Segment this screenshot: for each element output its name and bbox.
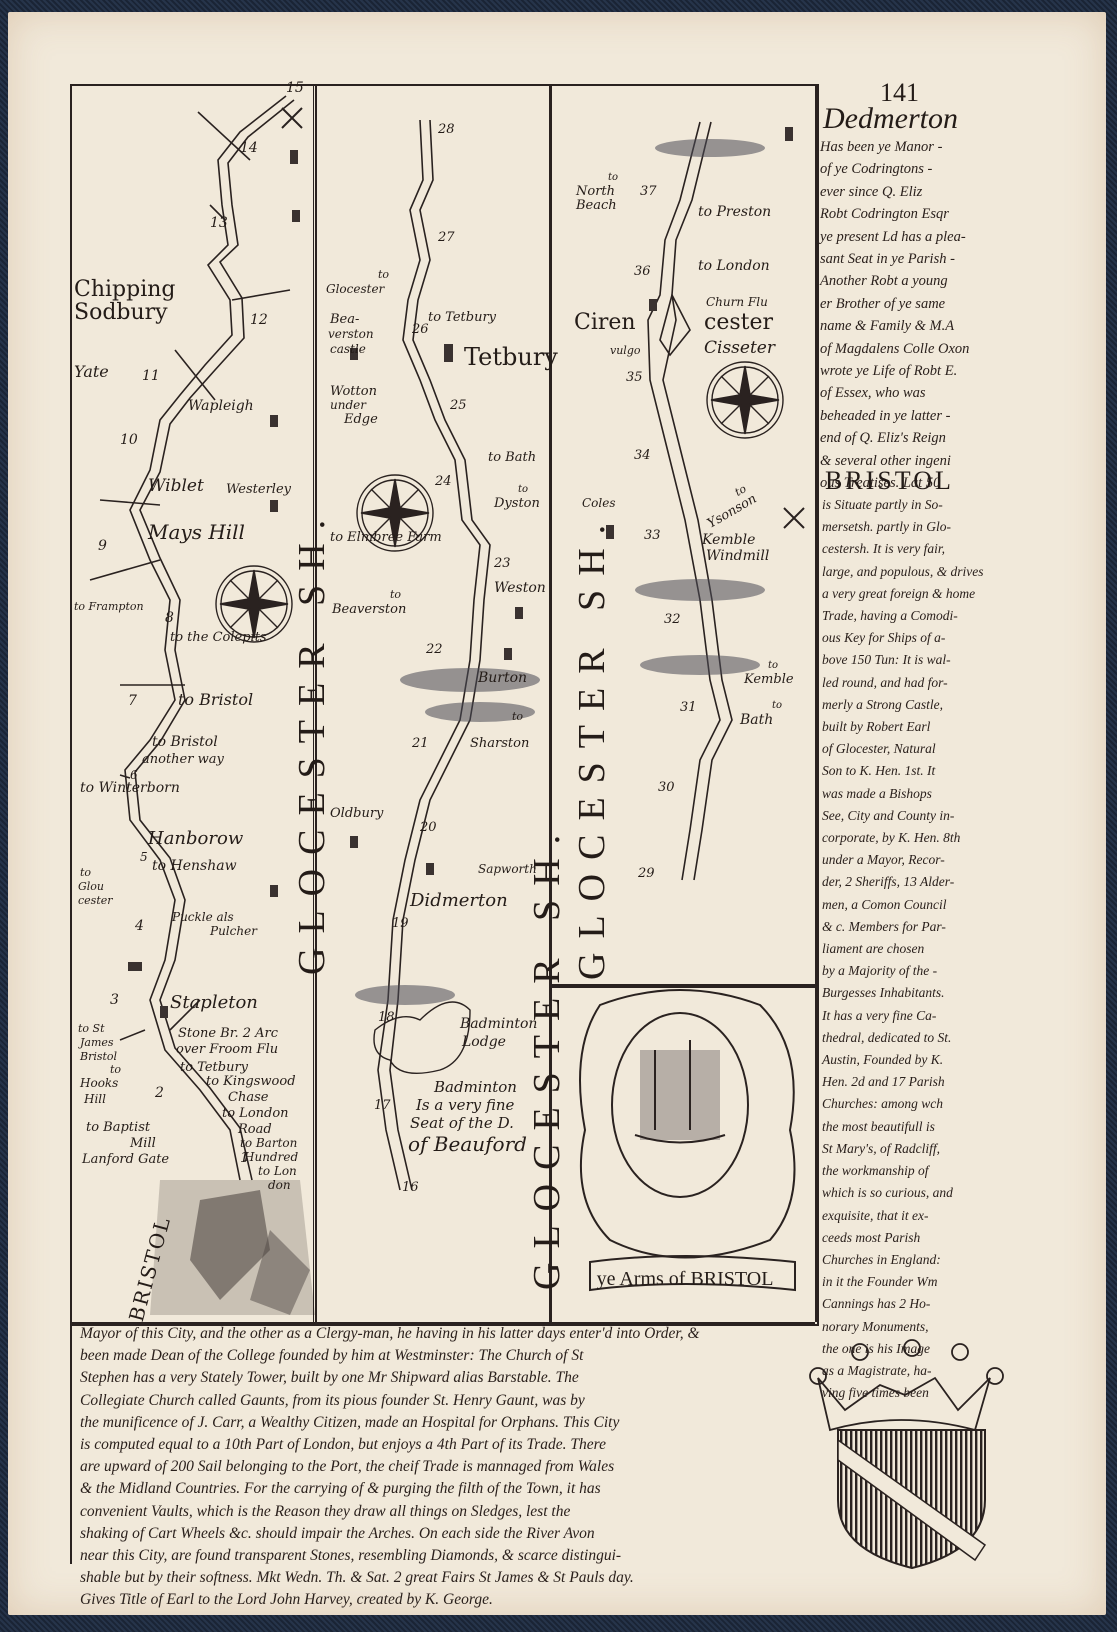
place-sapworth: Sapworth (478, 862, 537, 876)
place-wotton-1: Wotton (330, 384, 377, 399)
road-to-london: to London (698, 258, 770, 274)
mile-marker: 2 (155, 1085, 164, 1101)
mile-marker: 35 (626, 370, 643, 385)
place-badminton-2: Is a very fine (416, 1096, 514, 1114)
mile-marker: 8 (165, 610, 174, 626)
road-to-henshaw: to Henshaw (152, 858, 237, 874)
road-hooks-1: to (110, 1063, 121, 1076)
road-to-north-beach-1: to (608, 172, 618, 183)
road-to-glocester-2: Glocester (326, 282, 384, 296)
mile-marker: 17 (374, 1098, 391, 1113)
place-cisseter: Cisseter (704, 338, 775, 358)
place-oldbury: Oldbury (330, 806, 383, 821)
road-to-kemble-2: Kemble (744, 672, 794, 687)
road-to-bristol: to Bristol (178, 690, 253, 709)
place-wapleigh: Wapleigh (188, 398, 254, 414)
mile-marker: 26 (412, 322, 429, 337)
road-to-elmbree-farm: to Elmbree Farm (330, 530, 442, 545)
road-to-london-2: Road (238, 1122, 272, 1137)
road-to-sharston-2: Sharston (470, 736, 529, 751)
road-to-st-james-3: Bristol (80, 1050, 117, 1063)
place-westerley: Westerley (226, 482, 291, 497)
road-to-gloucester-3: cester (78, 894, 113, 907)
road-to-st-james-1: to St (78, 1022, 105, 1035)
road-to-kingswood-2: Chase (228, 1090, 268, 1105)
place-burton: Burton (478, 670, 527, 686)
bristol-city-plan (150, 1180, 315, 1315)
dedmerton-description: Has been ye Manor - of ye Codringtons - … (820, 136, 969, 495)
road-hooks-3: Hill (84, 1092, 106, 1106)
road-to-north-beach-2: North (576, 184, 615, 199)
road-to-bath-1: to (772, 700, 782, 711)
road-to-tetbury: to Tetbury (180, 1060, 248, 1075)
mile-marker: 12 (250, 312, 268, 328)
mile-marker: 32 (664, 612, 681, 627)
mile-marker: 24 (435, 474, 452, 489)
road-to-bristol-alt-1: to Bristol (152, 734, 218, 750)
bristol-description: is Situate partly in So-mersetsh. partly… (822, 494, 984, 1404)
mile-marker: 22 (426, 642, 443, 657)
mile-marker: 29 (638, 866, 655, 881)
mile-marker: 33 (644, 528, 661, 543)
mile-marker: 21 (412, 736, 429, 751)
mile-marker: 20 (420, 820, 437, 835)
place-cester: cester (704, 310, 773, 335)
road-to-dyston-2: Dyston (494, 496, 540, 511)
road-to-barton-2: Hundred (244, 1150, 298, 1164)
mile-marker: 34 (634, 448, 651, 463)
mile-marker: 13 (210, 215, 228, 231)
place-ciren: Ciren (574, 310, 636, 335)
mile-marker: 25 (450, 398, 467, 413)
road-to-winterborn: to Winterborn (80, 780, 180, 796)
road-to-st-james-2: James (80, 1036, 114, 1049)
road-to-gloucester-1: to (80, 866, 91, 879)
place-sodbury: Sodbury (74, 300, 168, 325)
place-beaverston-castle-1: Bea- (330, 312, 359, 327)
road-to-london-alt-2: don (268, 1178, 291, 1192)
county-label-strip-3: GLOCESTER SH. (570, 511, 614, 980)
mile-marker: 16 (402, 1180, 419, 1195)
arms-caption: ye Arms of BRISTOL (565, 1268, 805, 1291)
mile-marker: 31 (680, 700, 697, 715)
road-to-london-alt-1: to Lon (258, 1164, 297, 1178)
road-to-preston: to Preston (698, 204, 771, 220)
coat-of-arms-icon (838, 1430, 985, 1568)
place-badminton-3: Seat of the D. (410, 1114, 514, 1132)
road-to-bristol-alt-2: another way (142, 752, 224, 767)
place-yate: Yate (74, 362, 109, 381)
place-hanborow: Hanborow (148, 828, 243, 849)
place-beaverston-castle-2: verston (328, 327, 374, 341)
mile-marker: 37 (640, 184, 657, 199)
place-badminton-lodge-2: Lodge (462, 1034, 506, 1050)
place-coles: Coles (582, 496, 616, 510)
road-to-north-beach-3: Beach (576, 198, 617, 213)
road-to-bath: to Bath (488, 450, 536, 465)
footer-description: Mayor of this City, and the other as a C… (80, 1323, 700, 1612)
place-puckle-1: Puckle als (172, 910, 234, 924)
mile-marker: 11 (142, 368, 160, 384)
road-to-kemble-1: to (768, 660, 778, 671)
road-to-barton-1: to Barton (240, 1136, 297, 1150)
mile-marker: 5 (140, 850, 148, 864)
county-label-strip-2: GLOCESTER SH. (525, 821, 569, 1290)
place-didmerton: Didmerton (410, 890, 508, 911)
county-label-strip-1: GLOCESTER SH. (290, 506, 334, 975)
road-to-glocester-1: to (378, 268, 389, 281)
river-churn: Churn Flu (706, 295, 768, 309)
road-hooks-2: Hooks (80, 1076, 118, 1090)
place-puckle-2: Pulcher (210, 924, 257, 938)
note-stone-bridge-1: Stone Br. 2 Arc (178, 1026, 278, 1041)
mile-marker: 23 (494, 556, 511, 571)
road-to-gloucester-2: Glou (78, 880, 104, 893)
place-wotton-3: Edge (344, 412, 378, 427)
place-lanford-gate: Lanford Gate (82, 1152, 169, 1167)
place-chipping: Chipping (74, 277, 176, 302)
mile-marker: 18 (378, 1010, 395, 1025)
place-weston: Weston (494, 580, 546, 596)
place-tetbury: Tetbury (464, 343, 558, 371)
dedmerton-title: Dedmerton (823, 102, 958, 136)
bristol-title: BRISTOL (825, 466, 954, 496)
note-stone-bridge-2: over Froom Flu (176, 1042, 278, 1057)
place-wiblet: Wiblet (148, 476, 204, 496)
place-badminton-4: of Beauford (408, 1132, 527, 1156)
note-vulgo: vulgo (610, 344, 640, 357)
road-to-beaverston-1: to (390, 588, 401, 601)
mile-marker: 28 (438, 122, 455, 137)
place-wotton-2: under (330, 398, 366, 412)
road-to-beaverston-2: Beaverston (332, 602, 406, 617)
road-to-kingswood-1: to Kingswood (206, 1074, 296, 1089)
place-badminton-1: Badminton (434, 1078, 517, 1096)
place-kemble-windmill-2: Windmill (706, 548, 769, 564)
mile-marker: 9 (98, 538, 107, 554)
mile-marker: 30 (658, 780, 675, 795)
road-to-dyston-1: to (518, 484, 528, 495)
road-to-baptist-mill-2: Mill (130, 1136, 156, 1151)
mile-marker: 7 (128, 693, 137, 709)
place-badminton-lodge-1: Badminton (460, 1016, 537, 1032)
mile-marker: 3 (110, 992, 119, 1008)
road-to-tetbury: to Tetbury (428, 310, 496, 325)
mile-marker: 36 (634, 264, 651, 279)
road-to-london-1: to London (222, 1106, 289, 1121)
place-kemble-windmill-1: Kemble (702, 532, 755, 548)
mile-marker: 19 (392, 916, 409, 931)
mile-marker: 14 (240, 140, 258, 156)
mile-marker: 15 (286, 80, 304, 96)
place-mays-hill: Mays Hill (148, 520, 245, 544)
road-to-frampton: to Frampton (74, 600, 144, 613)
road-to-colepits: to the Colepits (170, 630, 267, 645)
mile-marker: 4 (135, 918, 144, 934)
place-stapleton: Stapleton (170, 992, 258, 1013)
place-beaverston-castle-3: castle (330, 342, 366, 356)
mile-marker: 10 (120, 432, 138, 448)
road-to-baptist-mill-1: to Baptist (86, 1120, 150, 1135)
road-to-sharston-1: to (512, 710, 523, 723)
road-to-bath-2: Bath (740, 712, 773, 728)
mile-marker: 27 (438, 230, 455, 245)
